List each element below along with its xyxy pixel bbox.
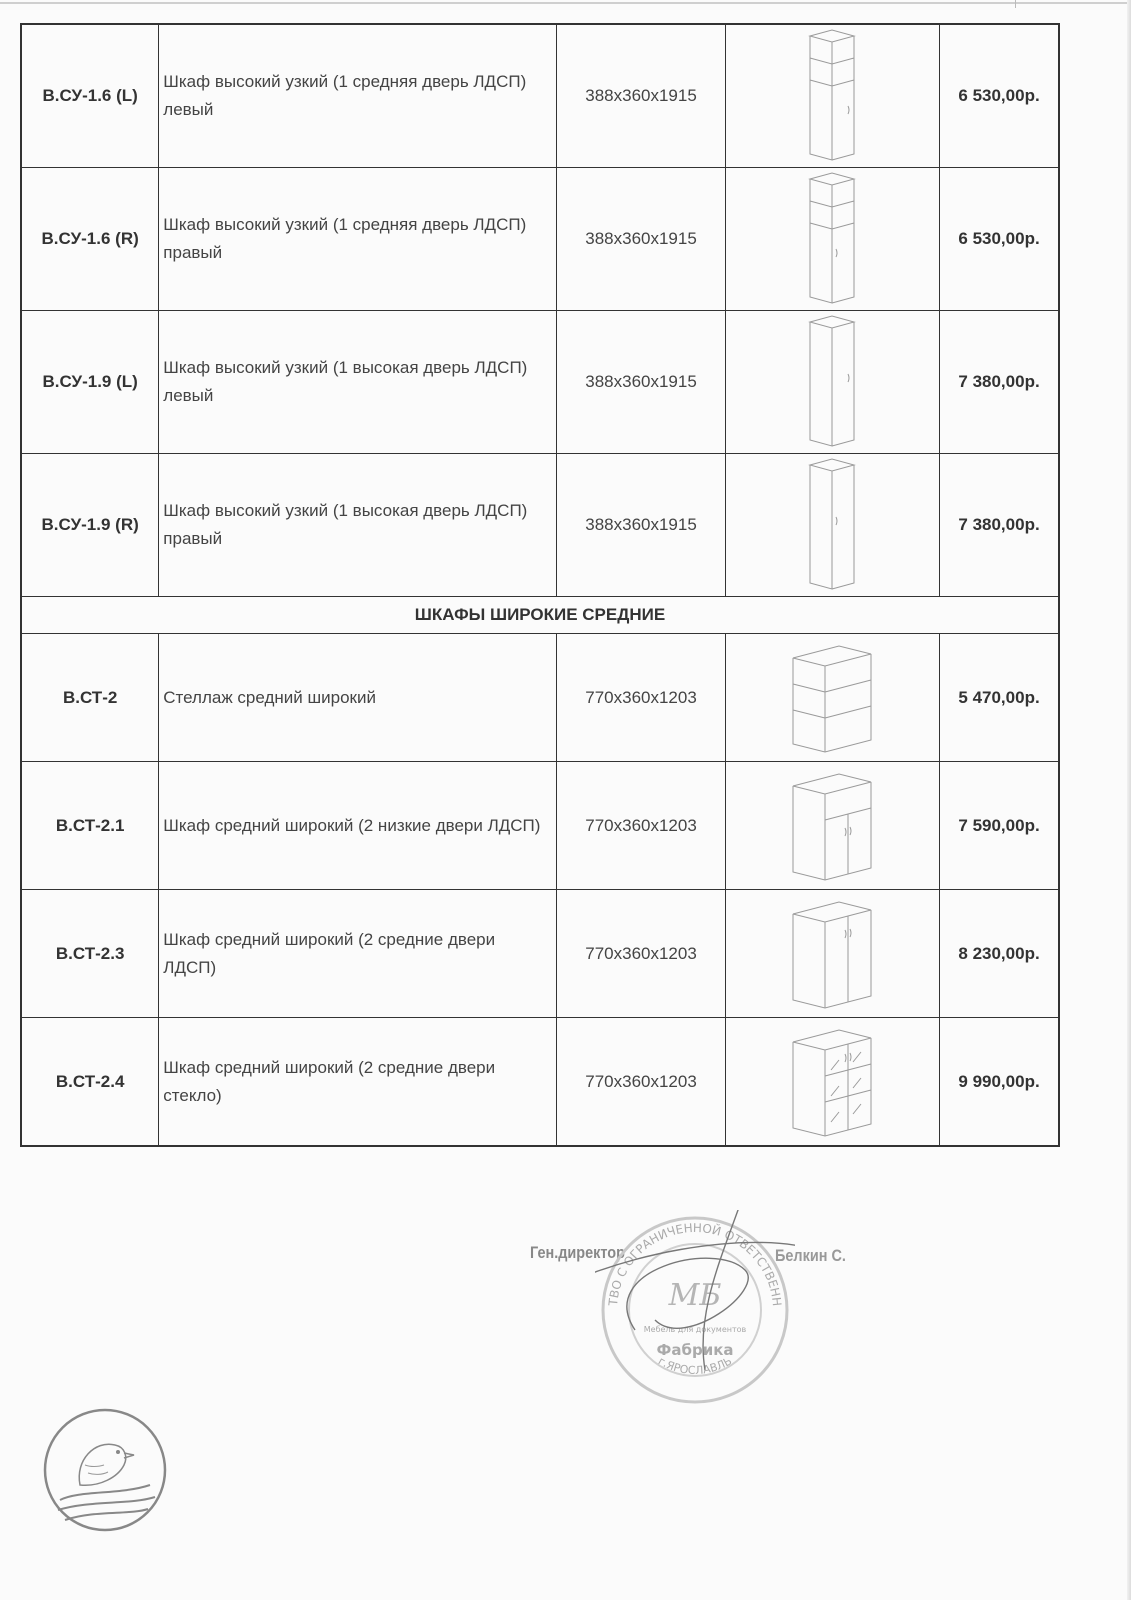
product-image [725, 1018, 939, 1147]
company-stamp-icon: ОБЩЕСТВО С ОГРАНИЧЕННОЙ ОТВЕТСТВЕННОСТЬЮ… [595, 1210, 795, 1410]
table-row: В.СТ-2.3Шкаф средний широкий (2 средние … [21, 890, 1059, 1018]
product-name: Шкаф средний широкий (2 низкие двери ЛДС… [159, 762, 557, 890]
product-image [725, 890, 939, 1018]
section-title: ШКАФЫ ШИРОКИЕ СРЕДНИЕ [21, 597, 1059, 634]
product-code: В.СТ-2 [21, 634, 159, 762]
price-table: В.СУ-1.6 (L)Шкаф высокий узкий (1 средня… [20, 23, 1060, 1147]
product-code: В.СТ-2.4 [21, 1018, 159, 1147]
product-code: В.СТ-2.3 [21, 890, 159, 1018]
table-row: В.СУ-1.6 (L)Шкаф высокий узкий (1 средня… [21, 24, 1059, 168]
tall-narrow-cabinet-mid-door-left-icon [726, 28, 939, 164]
product-name: Шкаф высокий узкий (1 высокая дверь ЛДСП… [159, 454, 557, 597]
product-price: 8 230,00р. [940, 890, 1059, 1018]
product-price: 7 380,00р. [940, 311, 1059, 454]
product-dimensions: 388x360x1915 [557, 168, 725, 311]
tall-narrow-cabinet-mid-door-right-icon [726, 171, 939, 307]
product-code: В.СУ-1.9 (L) [21, 311, 159, 454]
page-top-mark [1015, 0, 1016, 8]
product-name: Стеллаж средний широкий [159, 634, 557, 762]
product-code: В.СУ-1.6 (R) [21, 168, 159, 311]
svg-text:Фабрика: Фабрика [656, 1341, 733, 1359]
product-dimensions: 388x360x1915 [557, 24, 725, 168]
wide-medium-cabinet-full-doors-icon [726, 896, 939, 1012]
product-name: Шкаф высокий узкий (1 средняя дверь ЛДСП… [159, 24, 557, 168]
product-dimensions: 770x360x1203 [557, 634, 725, 762]
product-name: Шкаф средний широкий (2 средние двери ЛД… [159, 890, 557, 1018]
bird-logo-icon [40, 1405, 170, 1535]
product-code: В.СТ-2.1 [21, 762, 159, 890]
product-name: Шкаф высокий узкий (1 высокая дверь ЛДСП… [159, 311, 557, 454]
product-dimensions: 388x360x1915 [557, 454, 725, 597]
table-row: В.СУ-1.9 (L)Шкаф высокий узкий (1 высока… [21, 311, 1059, 454]
table-row: В.СТ-2Стеллаж средний широкий770x360x120… [21, 634, 1059, 762]
page-top-edge [0, 2, 1131, 4]
table-row: В.СТ-2.4Шкаф средний широкий (2 средние … [21, 1018, 1059, 1147]
product-dimensions: 770x360x1203 [557, 890, 725, 1018]
wide-medium-cabinet-low-doors-icon [726, 768, 939, 884]
product-image [725, 454, 939, 597]
product-code: В.СУ-1.6 (L) [21, 24, 159, 168]
product-price: 6 530,00р. [940, 168, 1059, 311]
section-header-row: ШКАФЫ ШИРОКИЕ СРЕДНИЕ [21, 597, 1059, 634]
product-image [725, 168, 939, 311]
svg-text:Мебель для документов: Мебель для документов [644, 1325, 747, 1334]
product-price: 6 530,00р. [940, 24, 1059, 168]
table-row: В.СТ-2.1Шкаф средний широкий (2 низкие д… [21, 762, 1059, 890]
product-dimensions: 388x360x1915 [557, 311, 725, 454]
product-price: 7 590,00р. [940, 762, 1059, 890]
wide-medium-open-shelf-icon [726, 640, 939, 756]
product-dimensions: 770x360x1203 [557, 762, 725, 890]
page-right-edge [1127, 0, 1131, 1600]
product-image [725, 634, 939, 762]
product-image [725, 762, 939, 890]
product-name: Шкаф высокий узкий (1 средняя дверь ЛДСП… [159, 168, 557, 311]
product-price: 7 380,00р. [940, 454, 1059, 597]
table-row: В.СУ-1.6 (R)Шкаф высокий узкий (1 средня… [21, 168, 1059, 311]
product-price: 9 990,00р. [940, 1018, 1059, 1147]
product-image [725, 311, 939, 454]
product-dimensions: 770x360x1203 [557, 1018, 725, 1147]
table-row: В.СУ-1.9 (R)Шкаф высокий узкий (1 высока… [21, 454, 1059, 597]
tall-narrow-cabinet-tall-door-left-icon [726, 314, 939, 450]
product-price: 5 470,00р. [940, 634, 1059, 762]
product-image [725, 24, 939, 168]
tall-narrow-cabinet-tall-door-right-icon [726, 457, 939, 593]
product-code: В.СУ-1.9 (R) [21, 454, 159, 597]
product-name: Шкаф средний широкий (2 средние двери ст… [159, 1018, 557, 1147]
wide-medium-cabinet-glass-doors-icon [726, 1024, 939, 1140]
